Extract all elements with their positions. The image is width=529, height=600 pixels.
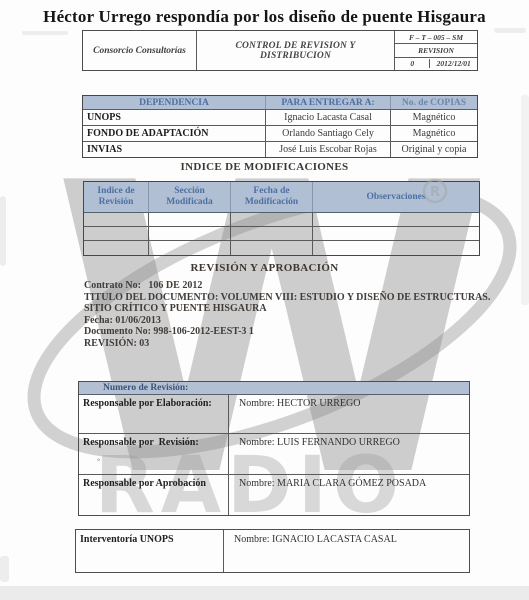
interventoria-label: Interventoría UNOPS (76, 530, 224, 572)
empty-cell (231, 241, 313, 255)
responsable-revision-label: Responsable por Revisión:° (79, 434, 229, 474)
page-title: Héctor Urrego respondía por los diseño d… (0, 7, 529, 27)
table-row: FONDO DE ADAPTACIÓN Orlando Santiago Cel… (83, 126, 477, 142)
numero-de-revision-bar: Numero de Revisión: (79, 382, 469, 395)
empty-table-row (84, 227, 479, 241)
table-row: Responsable por Aprobación Nombre: MARIA… (79, 475, 469, 515)
form-code-block: F – T – 005 – SM REVISION 0 2012/12/01 (395, 31, 477, 70)
revision-row: 0 2012/12/01 (395, 58, 477, 70)
scan-artifact (0, 586, 529, 600)
document-title-cell: CONTROL DE REVISION Y DISTRIBUCION (197, 31, 395, 70)
modifications-header-row: Indice de Revisión Sección Modificada Fe… (84, 182, 479, 213)
form-code-cell: F – T – 005 – SM (395, 31, 477, 44)
empty-cell (84, 241, 149, 255)
approval-details-block: Contrato No: 106 DE 2012 TITULO DEL DOCU… (84, 280, 494, 350)
dependencia-cell: INVIAS (83, 142, 266, 157)
table-row: Responsable por Revisión:° Nombre: LUIS … (79, 434, 469, 475)
empty-cell (231, 213, 313, 226)
header-seccion-modificada: Sección Modificada (149, 182, 231, 212)
entregar-cell: Ignacio Lacasta Casal (266, 110, 391, 125)
empty-cell (149, 241, 231, 255)
revision-date-cell: 2012/12/01 (430, 59, 477, 68)
contrato-line: Contrato No: 106 DE 2012 (84, 280, 494, 292)
responsable-elaboracion-label: Responsable por Elaboración: (79, 395, 229, 433)
empty-table-row (84, 213, 479, 227)
header-no-copias: No. de COPIAS (391, 96, 477, 109)
modifications-section-title: INDICE DE MODIFICACIONES (0, 161, 529, 173)
copias-cell: Magnético (391, 110, 477, 125)
empty-table-row (84, 241, 479, 255)
empty-cell (149, 227, 231, 240)
empty-cell (84, 213, 149, 226)
entregar-cell: Orlando Santiago Cely (266, 126, 391, 141)
modifications-table: Indice de Revisión Sección Modificada Fe… (83, 181, 480, 256)
empty-cell (313, 227, 479, 240)
entregar-cell: José Luis Escobar Rojas (266, 142, 391, 157)
header-observaciones: Observaciones (313, 182, 479, 212)
header-dependencia: DEPENDENCIA (83, 96, 266, 109)
header-indice-revision: Indice de Revisión (84, 182, 149, 212)
header-para-entregar: PARA ENTREGAR A: (266, 96, 391, 109)
company-name-cell: Consorcio Consultorías (83, 31, 197, 70)
dependencia-cell: FONDO DE ADAPTACIÓN (83, 126, 266, 141)
header-fecha-modificacion: Fecha de Modificación (231, 182, 313, 212)
titulo-line-2: SITIO CRÍTICO Y PUENTE HISGAURA (84, 303, 494, 315)
label-text: Responsable por Revisión: (83, 437, 199, 448)
copias-cell: Original y copia (391, 142, 477, 157)
revision-number-cell: 0 (395, 59, 430, 68)
empty-cell (149, 213, 231, 226)
approval-section-title: REVISIÓN Y APROBACIÓN (0, 262, 529, 274)
empty-cell (313, 213, 479, 226)
titulo-line-1: TITULO DEL DOCUMENTO: VOLUMEN VIII: ESTU… (84, 292, 494, 304)
distribution-table: DEPENDENCIA PARA ENTREGAR A: No. de COPI… (82, 95, 478, 158)
revision-responsibles-table: Numero de Revisión: Responsable por Elab… (78, 381, 470, 516)
empty-cell (313, 241, 479, 255)
control-header-table: Consorcio Consultorías CONTROL DE REVISI… (82, 30, 478, 71)
revision-line: REVISIÓN: 03 (84, 338, 494, 350)
dependencia-cell: UNOPS (83, 110, 266, 125)
revision-nombre: Nombre: LUIS FERNANDO URREGO (229, 434, 469, 474)
scan-artifact (494, 28, 526, 33)
aprobacion-nombre: Nombre: MARIA CLARA GÓMEZ POSADA (229, 475, 469, 515)
empty-cell (231, 227, 313, 240)
table-row: Responsable por Elaboración: Nombre: HEC… (79, 395, 469, 434)
table-row: UNOPS Ignacio Lacasta Casal Magnético (83, 110, 477, 126)
scan-artifact (0, 556, 9, 582)
empty-cell (84, 227, 149, 240)
scan-artifact (22, 31, 68, 35)
scan-artifact (0, 196, 6, 266)
scanned-document-page: W RADIO Héctor Urrego respondía por los … (0, 0, 529, 600)
elaboracion-nombre: Nombre: HECTOR URREGO (229, 395, 469, 433)
revision-label-cell: REVISION (395, 44, 477, 57)
interventoria-table: Interventoría UNOPS Nombre: IGNACIO LACA… (75, 529, 470, 573)
distribution-header-row: DEPENDENCIA PARA ENTREGAR A: No. de COPI… (83, 96, 477, 110)
copias-cell: Magnético (391, 126, 477, 141)
responsable-aprobacion-label: Responsable por Aprobación (79, 475, 229, 515)
documento-line: Documento No: 998-106-2012-EEST-3 1 (84, 326, 494, 338)
scan-mark: ° (97, 457, 224, 466)
interventoria-nombre: Nombre: IGNACIO LACASTA CASAL (224, 530, 469, 572)
table-row: INVIAS José Luis Escobar Rojas Original … (83, 142, 477, 157)
fecha-line: Fecha: 01/06/2013 (84, 315, 494, 327)
